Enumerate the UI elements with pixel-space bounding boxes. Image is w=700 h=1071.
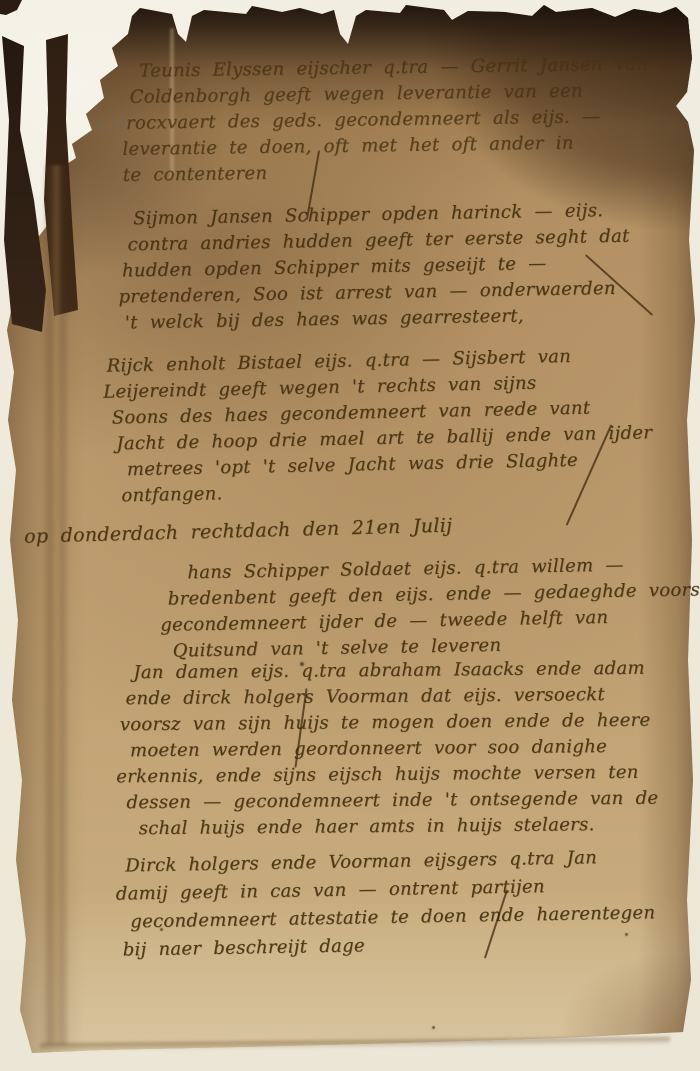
paragraph: Jan damen eijs. q.tra abraham Isaacks en…: [111, 656, 658, 843]
paragraph: Rijck enholt Bistael eijs. q.tra — Sijsb…: [102, 342, 653, 509]
manuscript-scan: 9:13 Teunis Elyssen eijscher q.tra — Ger…: [0, 0, 700, 1071]
ink-smudge: [432, 1026, 435, 1029]
fold-crease: [42, 165, 70, 1045]
ink-smudge: [160, 928, 163, 931]
ink-smudge: [625, 933, 628, 936]
ink-smudge: [300, 662, 304, 666]
paragraph: Dirck holgers ende Voorman eijsgers q.tr…: [111, 843, 656, 964]
paragraph: Teunis Elyssen eijscher q.tra — Gerrit J…: [121, 51, 680, 189]
text-line: schal huijs ende haer amts in huijs stel…: [139, 812, 659, 843]
paragraph: Sijmon Jansen Schipper opden harinck — e…: [127, 198, 631, 337]
paragraph: hans Schipper Soldaet eijs. q.tra willem…: [159, 551, 700, 665]
